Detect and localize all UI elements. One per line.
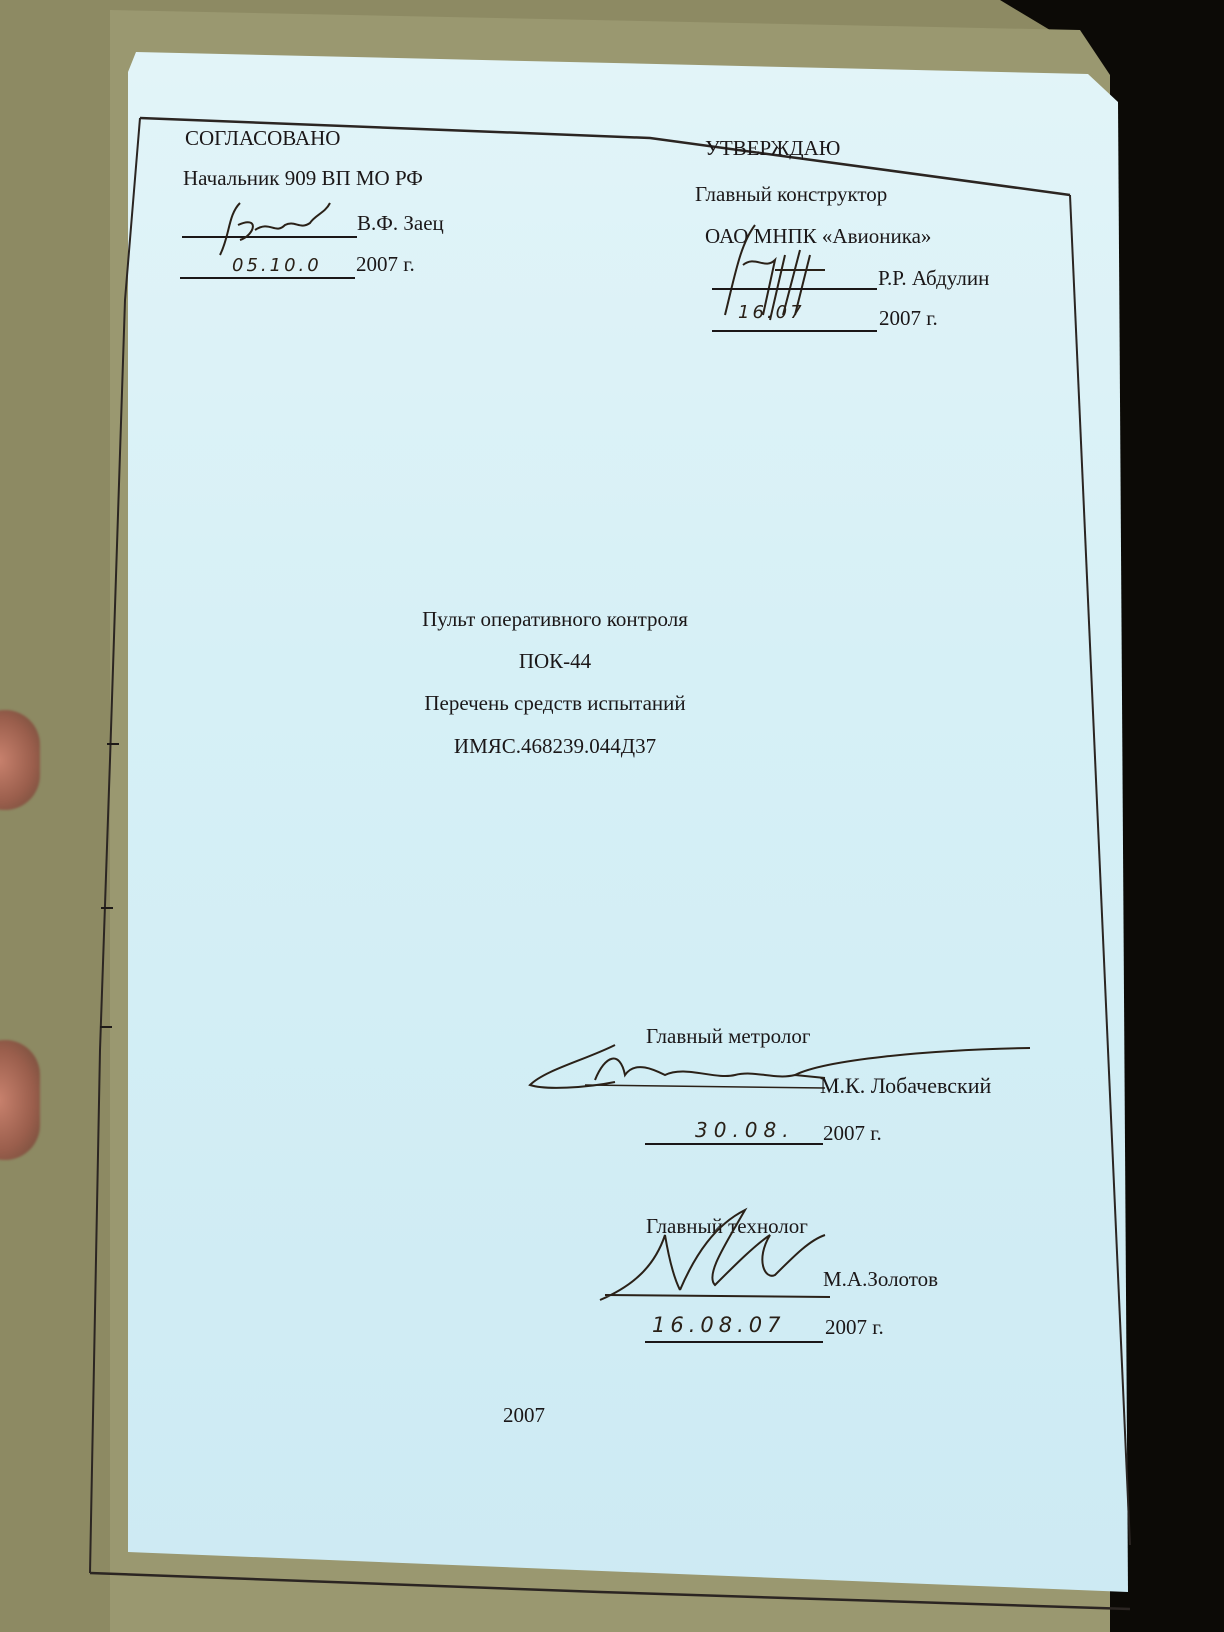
signature-line [712,288,877,290]
document-type: Перечень средств испытаний [0,691,1110,716]
binding-mark [101,907,113,909]
metrologist-name: М.К. Лобачевский [820,1073,991,1099]
page-frame [0,0,1224,1632]
technologist-name: М.А.Золотов [823,1267,938,1292]
product-code: ПОК-44 [0,649,1110,674]
document-title: Пульт оперативного контроля [0,607,1110,632]
left-block-heading: СОГЛАСОВАНО [185,126,340,151]
signature-zaets [200,195,350,260]
document-designation: ИМЯС.468239.044Д37 [0,734,1110,759]
date-line [180,277,355,279]
date-line [645,1143,823,1145]
right-block-position: Главный конструктор [695,182,887,207]
left-block-position: Начальник 909 ВП МО РФ [183,166,423,191]
technologist-year: 2007 г. [825,1315,884,1340]
metrologist-year: 2007 г. [823,1121,882,1146]
left-block-year: 2007 г. [356,252,415,277]
right-block-name: Р.Р. Абдулин [878,266,989,291]
left-block-name: В.Ф. Заец [357,211,444,236]
signature-zolotov [595,1205,835,1305]
date-line [645,1341,823,1343]
right-block-heading: УТВЕРЖДАЮ [705,136,840,161]
binding-mark [100,1026,112,1028]
right-block-year: 2007 г. [879,306,938,331]
date-line [712,330,877,332]
footer-year: 2007 [503,1403,545,1428]
handwritten-date: 16.08.07 [652,1313,786,1337]
handwritten-date: 05.10.0 [232,255,322,276]
handwritten-date: 16.07 [738,302,805,323]
handwritten-date: 30.08. [695,1118,795,1142]
